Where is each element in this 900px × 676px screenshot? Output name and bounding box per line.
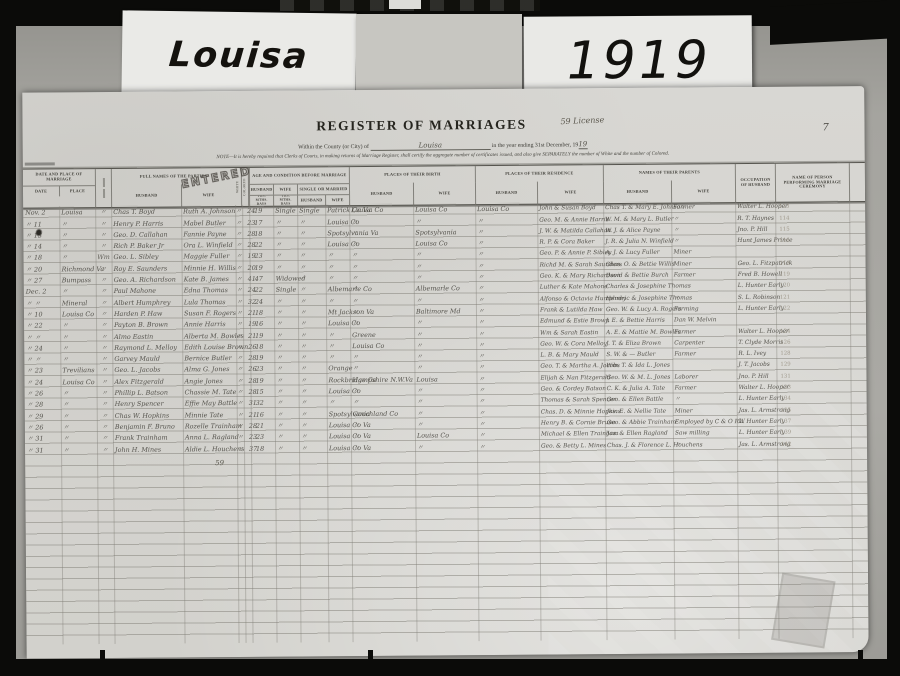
cell-birth_wife: Greene	[350, 329, 414, 340]
cell-parents_wife: David & Bettie Burch	[604, 271, 672, 282]
cell-performer: Jno. P. Hill	[736, 371, 776, 381]
cell-residence_husband: 〃	[414, 317, 476, 327]
cell-date: 〃 〃	[24, 355, 60, 365]
cell-occupation: Farmer	[671, 202, 735, 213]
cell-wife: Edith Louise Brown	[182, 342, 236, 352]
subheader-age-wife: Wife	[273, 183, 297, 194]
cell-condition_husband: 〃	[274, 296, 298, 306]
cell-license_no: 115	[775, 224, 849, 235]
cell-birth_husband: 〃	[326, 262, 350, 272]
cell-residence_husband: 〃	[415, 396, 477, 406]
cell-birth_wife: 〃	[350, 261, 414, 272]
cell-residence_husband: Louisa	[414, 374, 476, 384]
cell-birth_husband: Orange	[326, 364, 350, 374]
cell-wife: Susan F. Rogers	[182, 308, 236, 318]
cell-place: 〃	[61, 399, 97, 409]
cell-occupation: Employed by C & O RW	[673, 417, 737, 428]
cell-parents_husband: Geo. & Betty L. Mines	[539, 441, 605, 452]
cell-residence_wife: 〃	[475, 227, 537, 237]
cell-birth_husband: 〃	[326, 341, 350, 351]
county-label-text: Louisa	[167, 35, 310, 77]
cell-residence_wife: 〃	[476, 373, 538, 383]
cell-age_wife: 18	[249, 229, 273, 239]
cell-wife: Annie Harris	[182, 319, 236, 329]
year-label-text: 1919	[561, 30, 716, 91]
cell-husband: Rich P. Baker Jr	[111, 241, 181, 252]
license-count-annotation: 59 License	[560, 115, 604, 126]
cell-parents_wife: Hendric & Josephine Thomas	[604, 293, 672, 304]
cell-parents_husband: Richd M. & Sarah Saunders	[538, 260, 604, 271]
cell-parents_husband: Chas. D. & Minnie Hopkins	[539, 407, 605, 418]
cell-parents_wife: C. K. & Julia A. Tate	[605, 384, 673, 395]
header-birth: PLACES OF THEIR BIRTH	[349, 166, 475, 183]
cell-occupation: 〃	[671, 236, 735, 247]
cell-performer: R. T. Haynes	[735, 213, 775, 223]
cell-license_no: 116	[775, 235, 849, 246]
cell-residence_wife: 〃	[475, 238, 537, 248]
cell-date: 〃 24	[24, 343, 60, 353]
header-performer: NAME OF PERSON PERFORMING MARRIAGE CEREM…	[775, 163, 849, 202]
cell-birth_wife: 〃	[350, 295, 414, 306]
cell-parents_husband: Michael & Ellen Trainham	[539, 429, 605, 440]
cell-birth_wife: 〃	[350, 352, 414, 363]
cell-license_no: 121	[776, 292, 850, 303]
cell-license_no: 124	[776, 326, 850, 337]
cell-condition_wife: 〃	[298, 364, 326, 374]
cell-date: 〃 26	[25, 388, 61, 398]
subheader-birth-husband: Husband	[349, 183, 413, 206]
cell-license_no: 119	[776, 269, 850, 280]
cell-performer: J. T. Jacobs	[736, 360, 776, 370]
cell-husband: Geo. L. Sibley	[111, 252, 181, 263]
cell-date: 〃 28	[25, 400, 61, 410]
cell-birth_husband: Patrick Co Va	[325, 205, 349, 215]
cell-parents_wife: Geo. W. & M. L. Jones	[604, 372, 672, 383]
cell-condition_husband: 〃	[274, 330, 298, 340]
cell-condition_husband: 〃	[275, 387, 299, 397]
cell-place: 〃	[59, 253, 95, 263]
subheader-husband-name: Husband	[111, 184, 181, 207]
cell-performer: Jno. P. Hill	[735, 225, 775, 235]
county-line-prefix: Within the County (or City) of	[298, 144, 369, 151]
cell-mark: 〃	[95, 241, 111, 251]
cell-age_wife: 17	[249, 217, 273, 227]
cell-parents_wife: J. R. & Julia N. Winfield	[603, 237, 671, 248]
cell-performer: Jas. L. Armstrong	[737, 439, 777, 449]
cell-residence_husband: 〃	[414, 363, 476, 373]
cell-wife: Ruth A. Johnson	[181, 206, 235, 216]
header-residence: PLACES OF THEIR RESIDENCE	[475, 165, 603, 182]
cell-birth_wife: 〃	[349, 250, 413, 261]
cell-residence_husband: Baltimore Md	[414, 306, 476, 316]
cell-mark: 〃	[97, 411, 113, 421]
cell-wife: Maggie Fuller	[181, 251, 235, 261]
cell-mark: Wm	[95, 252, 111, 262]
cell-place: Trevilians	[60, 366, 96, 376]
film-notch	[368, 650, 373, 660]
cell-occupation: Farmer	[672, 349, 736, 360]
cell-residence_husband: 〃	[415, 385, 477, 395]
cell-performer: Fred B. Howell	[736, 270, 776, 280]
cell-husband: Henry P. Harris	[111, 218, 181, 229]
cell-husband: Phillip L. Batson	[113, 387, 183, 398]
film-frame-right	[887, 0, 900, 676]
header-parents: NAMES OF THEIR PARENTS	[603, 164, 735, 181]
register-page: REGISTER OF MARRIAGES 59 License 7 Withi…	[22, 86, 868, 659]
cell-residence_wife: 〃	[475, 215, 537, 225]
cell-birth_wife: 〃	[350, 318, 414, 329]
header-age-condition: AGE AND CONDITION BEFORE MARRIAGE	[249, 167, 349, 184]
cell-condition_wife: 〃	[298, 273, 326, 283]
cell-condition_husband: 〃	[274, 364, 298, 374]
cell-mark: 〃	[97, 422, 113, 432]
cell-birth_husband: 〃	[325, 251, 349, 261]
cell-parents_wife: A. J. & Lucy Fuller	[603, 248, 671, 259]
cell-residence_wife: 〃	[476, 328, 538, 338]
cell-license_no: 114	[775, 213, 849, 224]
cell-condition_husband: 〃	[274, 341, 298, 351]
subheader-place: Place	[59, 185, 95, 196]
cell-husband: Harden P. Haw	[112, 308, 182, 319]
cell-husband: Roy E. Saunders	[112, 263, 182, 274]
cell-occupation: Farmer	[672, 270, 736, 281]
cell-license_no: 142	[777, 439, 851, 450]
cell-place: 〃	[61, 388, 97, 398]
cell-condition_husband: Widowed	[274, 274, 298, 284]
cell-mark: 〃	[96, 309, 112, 319]
cell-residence_wife: 〃	[476, 260, 538, 270]
cell-performer: R. L. Ivey	[736, 349, 776, 359]
cell-performer: L. Hunter Early	[737, 394, 777, 404]
cell-birth_wife: Louisa Co	[349, 205, 413, 216]
cell-license_no: 133	[777, 382, 851, 393]
cell-husband: Alex Fitzgerald	[112, 376, 182, 387]
cell-birth_wife: 〃	[350, 273, 414, 284]
cell-license_no: 118	[776, 258, 850, 269]
cell-birth_wife: Goochland Co	[351, 408, 415, 419]
cell-date: 〃 29	[25, 411, 61, 421]
cell-birth_husband: 〃	[326, 296, 350, 306]
cell-age_wife: 23	[249, 251, 273, 261]
cell-condition_wife: 〃	[298, 307, 326, 317]
cell-license_no: 135	[777, 405, 851, 416]
cell-occupation: 〃	[671, 214, 735, 225]
cell-occupation: 〃	[672, 293, 736, 304]
cell-license_no: 137	[777, 416, 851, 427]
header-date-place: DATE AND PLACE OF MARRIAGE	[23, 169, 95, 186]
county-handwritten: Louisa	[370, 141, 490, 151]
cell-condition_wife: 〃	[298, 285, 326, 295]
cell-date: 〃 11	[23, 219, 59, 229]
table-body: Nov. 2Louisa〃Chas T. BoydRuth A. Johnson…	[23, 200, 868, 645]
cell-birth_husband: Spotsylvania	[327, 409, 351, 419]
cell-residence_husband: 〃	[414, 329, 476, 339]
cell-husband: Almo Eastin	[112, 331, 182, 342]
cell-date: 〃 18	[23, 253, 59, 263]
cell-wife: Chassie M. Tate	[183, 387, 237, 397]
cell-birth_wife: 〃	[349, 216, 413, 227]
cell-performer: L. Hunter Early	[737, 417, 777, 427]
cell-birth_husband: Louisa Co	[327, 386, 351, 396]
cell-occupation: Laborer	[672, 372, 736, 383]
cell-mark: 〃	[96, 264, 112, 274]
cell-age_wife: 22	[249, 240, 273, 250]
cell-age_wife: 18	[250, 308, 274, 318]
cell-husband: Geo. L. Jacobs	[112, 365, 182, 376]
cell-place: Richmond Va	[60, 264, 96, 274]
cell-birth_husband: Louisa Co Va	[327, 443, 351, 453]
cell-condition_wife: 〃	[299, 443, 327, 453]
cell-condition_wife: 〃	[298, 352, 326, 362]
cell-mark: 〃	[97, 388, 113, 398]
cell-husband: Paul Mahone	[112, 286, 182, 297]
cell-condition_wife: 〃	[297, 217, 325, 227]
cell-license_no: 113	[775, 201, 849, 212]
cell-residence_husband: 〃	[414, 295, 476, 305]
cell-birth_wife: Louisa Co	[350, 340, 414, 351]
corner-shadow	[770, 0, 900, 45]
subheader-residence-husband: Husband	[475, 182, 537, 204]
cell-wife: Aldie L. Houchens	[183, 444, 237, 454]
cell-parents_wife: Wm. T. & Ida L. Jones	[604, 361, 672, 372]
subheader-date: Date	[23, 185, 59, 196]
cell-birth_husband: Rockbridge Co	[326, 375, 350, 385]
cell-license_no: 120	[776, 281, 850, 292]
subheader-age-husband: Husband	[249, 184, 273, 195]
cell-condition_wife: 〃	[298, 319, 326, 329]
cell-parents_wife: S. W. & — Butler	[604, 350, 672, 361]
cell-parents_wife: J. T. & Eliza Brown	[604, 338, 672, 349]
cell-wife: Edna Thomas	[182, 285, 236, 295]
cell-wife: Rozelle Trainham	[183, 421, 237, 431]
cell-condition_husband: Single	[274, 285, 298, 295]
cell-residence_wife: 〃	[476, 339, 538, 349]
cell-birth_wife: 〃	[350, 307, 414, 318]
cell-age_wife: 22	[250, 285, 274, 295]
cell-condition_wife: 〃	[297, 239, 325, 249]
cell-wife: Bernice Butler	[182, 353, 236, 363]
cell-birth_wife: 〃	[350, 363, 414, 374]
cell-mark: 〃	[97, 433, 113, 443]
cell-place: Louisa	[59, 207, 95, 217]
county-label-card: Louisa	[121, 10, 356, 100]
form-number-smudge	[25, 162, 55, 165]
cell-age_wife: 23	[250, 364, 274, 374]
cell-parents_husband: Luther & Kate Mahone	[538, 282, 604, 293]
cell-parents_husband: Frank & Lutilda Haw	[538, 305, 604, 316]
cell-condition_wife: 〃	[298, 296, 326, 306]
cell-residence_wife: 〃	[476, 317, 538, 327]
cell-age_wife: 21	[251, 421, 275, 431]
cell-birth_husband: Louisa Co	[326, 318, 350, 328]
cell-occupation: 〃	[673, 394, 737, 405]
cell-condition_wife: 〃	[298, 330, 326, 340]
cell-wife: Alberta M. Bowles	[182, 331, 236, 341]
cell-occupation: Dan W. Melvin	[672, 315, 736, 326]
cell-parents_husband: Geo. K. & Mary Richardson	[538, 271, 604, 282]
cell-residence_husband: Albemarle Co	[414, 283, 476, 293]
cell-residence_husband: Louisa Co	[415, 430, 477, 440]
cell-date: 〃 26	[25, 422, 61, 432]
cell-condition_husband: 〃	[274, 262, 298, 272]
cell-wife: Minnie Tate	[183, 410, 237, 420]
cell-mark: 〃	[96, 332, 112, 342]
cell-residence_husband: 〃	[415, 442, 477, 452]
cell-age_wife: 32	[251, 398, 275, 408]
cell-date: Dec. 2	[24, 287, 60, 297]
cell-parents_husband: Elijah & Nan Fitzgerald	[538, 373, 604, 384]
cell-parents_wife: Geo. & Abbie Trainham	[605, 417, 673, 428]
cell-birth_wife: 〃	[349, 239, 413, 250]
paper-sliver	[389, 0, 421, 9]
cell-wife: Angie Jones	[182, 376, 236, 386]
cell-date: 〃 〃	[24, 332, 60, 342]
cell-performer: L. Hunter Early	[736, 304, 776, 314]
cell-residence_wife: 〃	[476, 306, 538, 316]
cell-wife: Lula Thomas	[182, 297, 236, 307]
cell-parents_husband: John & Susan Boyd	[537, 203, 603, 214]
cell-date: 〃 20	[24, 264, 60, 274]
cell-wife: Kate B. James	[182, 274, 236, 284]
cell-wife: Alma G. Jones	[182, 364, 236, 374]
film-frame-bottom	[0, 659, 900, 676]
cell-condition_husband: 〃	[275, 443, 299, 453]
cell-condition_husband: 〃	[274, 353, 298, 363]
cell-place: 〃	[61, 422, 97, 432]
county-line-suffix: in the year ending 31st December, 19	[492, 142, 579, 149]
cell-mark: 〃	[96, 275, 112, 285]
cell-mark: 〃	[96, 286, 112, 296]
cell-parents_wife: Chas T. & Mary E. Johnson	[603, 203, 671, 214]
cell-date: 〃 23	[24, 366, 60, 376]
cell-parents_wife: W. M. & Mary L. Butler	[603, 214, 671, 225]
cell-condition_wife: Single	[297, 206, 325, 216]
cell-parents_husband: Edmund & Estie Brown	[538, 316, 604, 327]
cell-mark: 〃	[96, 298, 112, 308]
cell-place: 〃	[60, 320, 96, 330]
corner-handwritten-mark: 7	[822, 122, 828, 133]
cell-mark: 〃	[95, 207, 111, 217]
cell-condition_wife: 〃	[297, 251, 325, 261]
cell-parents_wife: Geo. W. & Lucy A. Rogers	[604, 305, 672, 316]
cell-condition_husband: 〃	[273, 228, 297, 238]
cell-condition_wife: 〃	[297, 228, 325, 238]
cell-age_wife: 47	[250, 274, 274, 284]
cell-occupation: Miner	[671, 248, 735, 259]
cell-condition_husband: 〃	[275, 409, 299, 419]
cell-age_wife: 19	[250, 375, 274, 385]
subheader-birth-wife: Wife	[413, 182, 475, 204]
cell-husband: Chas W. Hopkins	[113, 410, 183, 421]
cell-mark: 〃	[96, 377, 112, 387]
cell-condition_wife: 〃	[299, 432, 327, 442]
cell-place: 〃	[60, 354, 96, 364]
cell-condition_husband: 〃	[275, 432, 299, 442]
cell-place: 〃	[59, 219, 95, 229]
cell-residence_wife: 〃	[477, 385, 539, 395]
cell-husband: Henry Spencer	[113, 399, 183, 410]
cell-husband: Frank Trainham	[113, 433, 183, 444]
cell-mark: 〃	[96, 343, 112, 353]
cell-residence_wife: Louisa Co	[475, 204, 537, 214]
cell-age_wife: 19	[250, 330, 274, 340]
cell-parents_husband: Wm & Sarah Eastin	[538, 328, 604, 339]
cell-condition_husband: 〃	[275, 420, 299, 430]
cell-parents_wife: Charles & Josephine Thomas	[604, 282, 672, 293]
cell-birth_husband: 〃	[326, 352, 350, 362]
cell-condition_wife: 〃	[299, 386, 327, 396]
cell-age_wife: 15	[251, 387, 275, 397]
cell-parents_wife: Geo. & Ellen Battle	[605, 395, 673, 406]
cell-performer: Jas. L. Armstrong	[737, 405, 777, 415]
tally-note: 59	[215, 459, 224, 467]
cell-residence_wife: 〃	[476, 294, 538, 304]
cell-condition_wife: 〃	[298, 375, 326, 385]
cell-birth_wife: 〃	[349, 227, 413, 238]
cell-parents_husband: J. W. & Matilda Callahan	[537, 226, 603, 237]
cell-husband: Garvey Mauld	[112, 354, 182, 365]
cell-place: 〃	[59, 241, 95, 251]
cell-husband: Chas T. Boyd	[111, 207, 181, 218]
cell-residence_husband: 〃	[413, 216, 475, 226]
cell-performer: T. Clyde Morris	[736, 338, 776, 348]
cell-birth_wife: 〃	[351, 397, 415, 408]
cell-performer: S. L. Robinson	[736, 292, 776, 302]
cell-parents_husband: Geo. P. & Annie P. Sibley	[537, 249, 603, 260]
subheader-single-married: Single or Married	[297, 183, 349, 194]
cell-condition_husband: 〃	[274, 319, 298, 329]
cell-birth_husband: Mt Jackson Va	[326, 307, 350, 317]
cell-parents_husband: Henry B. & Cornie Bruno	[539, 418, 605, 429]
cell-parents_wife: A. E. & Mattie M. Bowles	[604, 327, 672, 338]
cell-performer: Walter L. Hooper	[737, 383, 777, 393]
cell-date: 〃 22	[24, 321, 60, 331]
cell-parents_husband: Geo. W. & Cora Melloy	[538, 339, 604, 350]
cell-wife: Mabel Butler	[181, 218, 235, 228]
cell-place: 〃	[61, 445, 97, 455]
cell-license_no: 128	[776, 348, 850, 359]
cell-license_no: 134	[777, 393, 851, 404]
cell-parents_husband: R. P. & Cora Baker	[537, 237, 603, 248]
subheader-parents-husband: Husband	[603, 181, 671, 204]
cell-parents_husband: Geo. T. & Martha A. Jacobs	[538, 362, 604, 373]
cell-parents_wife: W. J. & Alice Payne	[603, 225, 671, 236]
cell-residence_wife: 〃	[477, 441, 539, 451]
cell-performer: Hunt James Prince	[735, 236, 775, 246]
cell-residence_husband: Louisa Co	[413, 238, 475, 248]
cell-wife: Effie May Battle	[183, 398, 237, 408]
cell-license_no: 139	[777, 427, 851, 438]
cell-husband: John H. Mines	[113, 444, 183, 455]
cell-parents_husband: Alfonso & Octavia Humphrey	[538, 294, 604, 305]
cell-place: Louisa Co	[60, 309, 96, 319]
cell-residence_husband: 〃	[414, 351, 476, 361]
cell-residence_wife: 〃	[476, 272, 538, 282]
cell-husband: Benjamin F. Bruno	[113, 421, 183, 432]
cell-condition_wife: 〃	[298, 341, 326, 351]
scanned-photo: Louisa 1919 REGISTER OF MARRIAGES 59 Lic…	[0, 0, 900, 676]
county-line: Within the County (or City) of Louisa in…	[183, 139, 703, 152]
cell-place: 〃	[61, 411, 97, 421]
cell-condition_husband: 〃	[274, 307, 298, 317]
header-margin-strip	[849, 163, 865, 201]
cell-age_wife: 19	[250, 353, 274, 363]
cell-place: Bumpass	[60, 275, 96, 285]
cell-age_wife: 16	[251, 409, 275, 419]
cell-birth_husband: 〃	[326, 273, 350, 283]
cell-husband: Raymond L. Melloy	[112, 342, 182, 353]
cell-date: Nov. 2	[23, 208, 59, 218]
